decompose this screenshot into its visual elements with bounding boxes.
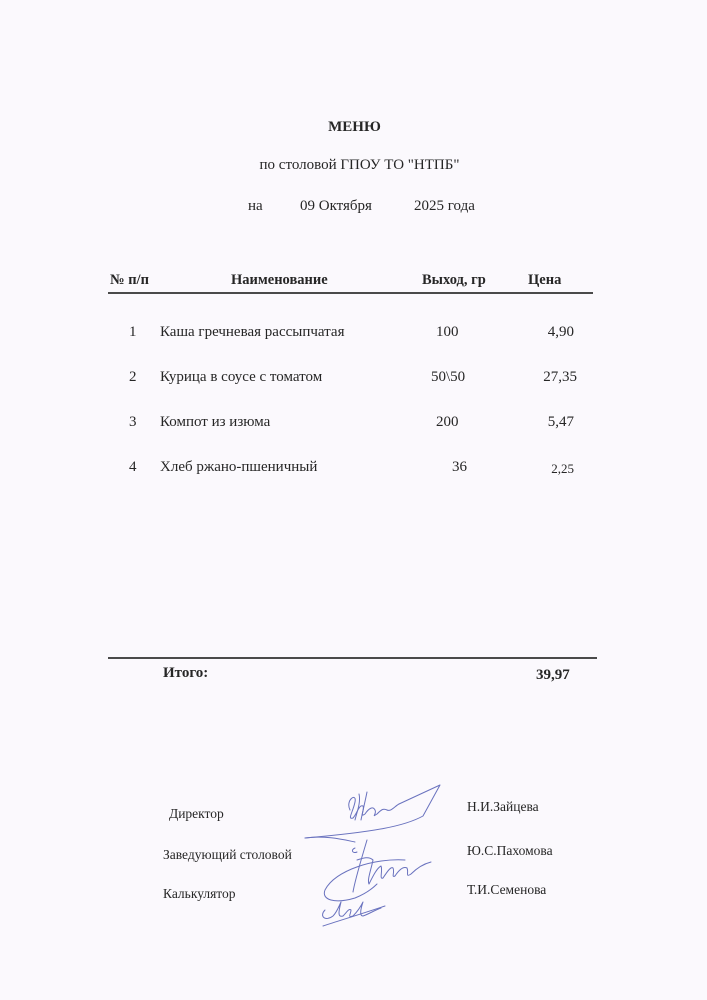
row-name: Курица в соусе с томатом [160,369,322,386]
table-row: 3 Компот из изюма 200 5,47 [0,414,707,434]
total-value: 39,97 [536,667,570,684]
header-name: Наименование [231,272,328,289]
date-day-month: 09 Октября [300,198,372,215]
row-price: 27,35 [527,369,577,386]
signature-role-director: Директор [169,806,224,822]
row-number: 2 [129,369,137,386]
row-price: 4,90 [524,324,574,341]
total-label: Итого: [163,665,208,682]
row-price: 5,47 [524,414,574,431]
total-divider [108,657,597,659]
header-price: Цена [528,272,561,289]
table-row: 2 Курица в соусе с томатом 50\50 27,35 [0,369,707,389]
row-yield: 36 [452,459,532,476]
document-subtitle: по столовой ГПОУ ТО "НТПБ" [0,157,707,174]
row-yield: 100 [436,324,516,341]
signature-role-canteen-head: Заведующий столовой [163,847,292,863]
handwritten-signatures-icon [295,780,455,930]
row-number: 4 [129,459,137,476]
table-row: 4 Хлеб ржано-пшеничный 36 2,25 [0,459,707,479]
date-year: 2025 года [414,198,475,215]
row-number: 1 [129,324,137,341]
row-name: Компот из изюма [160,414,270,431]
header-yield: Выход, гр [422,272,486,289]
header-number: № п/п [110,272,149,289]
row-yield: 50\50 [431,369,511,386]
document-title: МЕНЮ [0,119,707,136]
header-divider [108,292,593,294]
date-prefix: на [248,198,263,215]
signature-name-director: Н.И.Зайцева [467,799,539,815]
table-row: 1 Каша гречневая рассыпчатая 100 4,90 [0,324,707,344]
signature-name-canteen-head: Ю.С.Пахомова [467,843,553,859]
row-price: 2,25 [524,461,574,477]
row-name: Хлеб ржано-пшеничный [160,459,317,476]
row-yield: 200 [436,414,516,431]
signature-role-calculator: Калькулятор [163,886,236,902]
row-number: 3 [129,414,137,431]
signature-name-calculator: Т.И.Семенова [467,882,546,898]
row-name: Каша гречневая рассыпчатая [160,324,344,341]
